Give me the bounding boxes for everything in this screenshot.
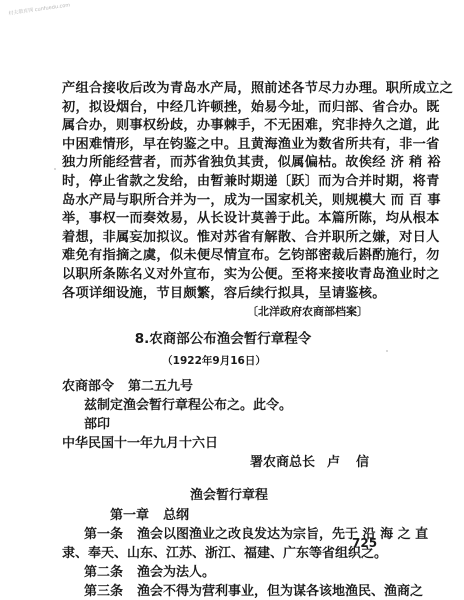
decree-date: 中华民国十一年九月十六日 <box>62 434 404 453</box>
section-title: 8.农商部公布渔会暂行章程令 <box>62 329 404 349</box>
chapter-number: 第一章 <box>110 508 149 523</box>
source-citation: 〔北洋政府农商部档案〕 <box>62 304 404 320</box>
decree-header: 农商部令第二五九号 <box>62 377 404 396</box>
paragraph-line: 难免有指摘之虞，似未便尽情宣布。乞钧部密裁后斟酌施行，勿 <box>62 247 404 266</box>
paragraph-line: 产组合接收后改为青岛水产局，照前述各节尽力办理。职所成立之 <box>62 80 404 99</box>
scan-artifact <box>386 350 388 352</box>
paragraph-line: 独力所能经营者，而苏省独负其责，似属偏枯。故俟经 济 稍 裕 <box>62 154 404 173</box>
chapter-name: 总纲 <box>163 508 189 523</box>
article-number: 第二条 <box>84 565 123 580</box>
article-text: 渔会以图渔业之改良发达为宗旨，先于 沿 海 之 直 <box>137 527 428 542</box>
scan-artifact <box>294 80 296 82</box>
paragraph-line: 初，拟设烟台，中经几许顿挫，始易今址，而归部、省合办。既 <box>62 99 404 118</box>
article-3: 第三条渔会不得为营利事业，但为谋各该地渔民、渔商之 <box>62 582 404 600</box>
paragraph-line: 各项详细设施，节目颇繁，容后续行拟具，呈请鉴核。 <box>62 285 404 304</box>
article-number: 第三条 <box>84 584 123 599</box>
continued-paragraph: 产组合接收后改为青岛水产局，照前述各节尽力办理。职所成立之 初，拟设烟台，中经几… <box>62 80 404 320</box>
signer-title: 署农商总长 <box>250 455 315 470</box>
rules-title: 渔会暂行章程 <box>62 486 404 506</box>
scan-artifact <box>54 168 56 170</box>
decree-seal: 部印 <box>62 415 404 434</box>
signer-name-2: 信 <box>356 455 369 470</box>
section-date: （1922年9月16日） <box>62 353 404 369</box>
document-page: 产组合接收后改为青岛水产局，照前述各节尽力办理。职所成立之 初，拟设烟台，中经几… <box>62 80 404 600</box>
article-text: 渔会为法人。 <box>137 565 215 580</box>
decree-block: 农商部令第二五九号 兹制定渔会暂行章程公布之。此令。 部印 中华民国十一年九月十… <box>62 377 404 472</box>
signer-name-1: 卢 <box>327 455 340 470</box>
article-text: 渔会不得为营利事业，但为谋各该地渔民、渔商之 <box>137 584 423 599</box>
watermark: 村夫教育网 cunfuedu.com <box>8 1 71 17</box>
paragraph-line: 中困难情形，早在钧鉴之中。且黄海渔业为数省所共有，非一省 <box>62 136 404 155</box>
article-number: 第一条 <box>84 527 123 542</box>
article-2: 第二条渔会为法人。 <box>62 563 404 582</box>
paragraph-line: 以职所条陈名义对外宣布，实为公便。至将来接收青岛渔业时之 <box>62 266 404 285</box>
decree-org: 农商部令 <box>62 379 114 394</box>
page-number: 725 <box>352 536 377 550</box>
paragraph-line: 时，停止省款之发给，由暂兼时期递〔跃〕而为合并时期，将青 <box>62 173 404 192</box>
paragraph-line: 举，事权一而奏效易，从长设计莫善于此。本篇所陈，均从根本 <box>62 210 404 229</box>
decree-body: 兹制定渔会暂行章程公布之。此令。 <box>62 396 404 415</box>
paragraph-line: 着想，非属妄加拟议。惟对苏省有解散、合并职所之嫌，对日人 <box>62 229 404 248</box>
decree-number: 第二五九号 <box>128 379 193 394</box>
paragraph-line: 属合办，则事权纷歧，办事棘手，不无困难，究非持久之道，此 <box>62 117 404 136</box>
chapter-heading: 第一章总纲 <box>62 506 404 525</box>
paragraph-line: 岛水产局与职所合并为一，成为一国家机关，则规模大 而 百 事 <box>62 192 404 211</box>
decree-signature: 署农商总长卢信 <box>62 453 404 472</box>
